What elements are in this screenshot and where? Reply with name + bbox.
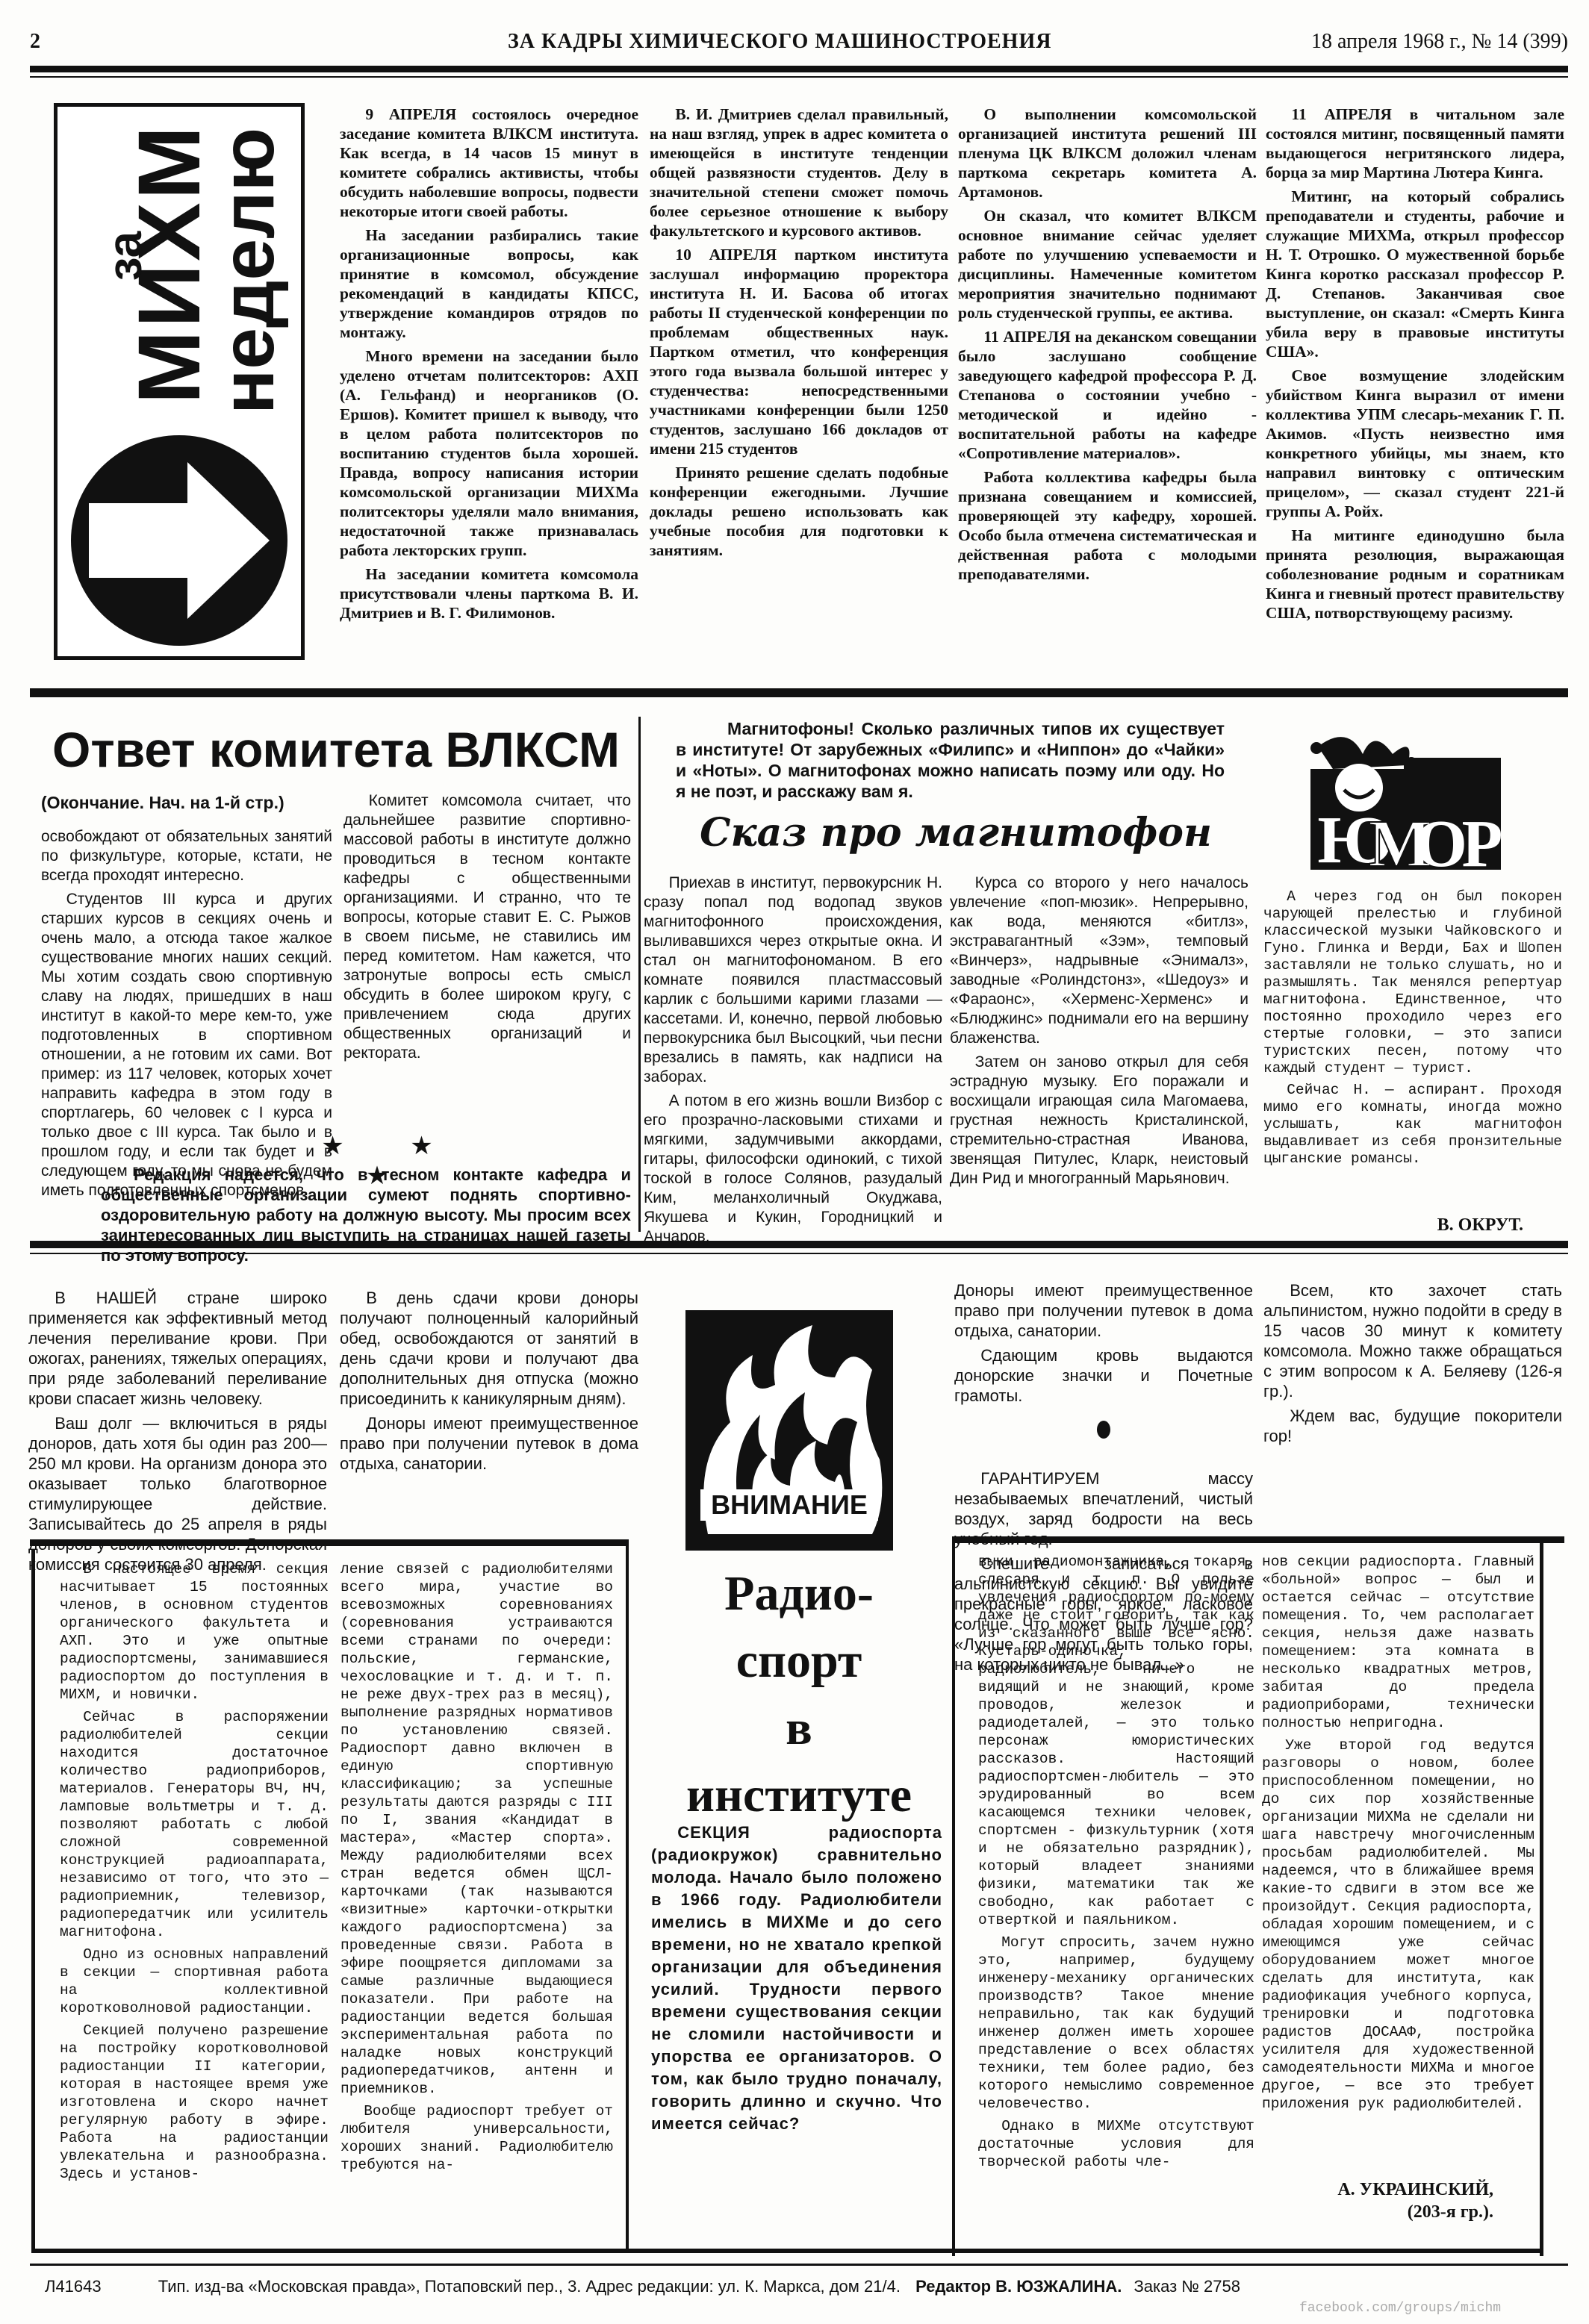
paragraph: Уже второй год ведутся разговоры о новом… xyxy=(1262,1736,1534,2113)
radio-column-3: выки радиомонтажника, токаря, слесаря и … xyxy=(978,1553,1254,2175)
section-rule xyxy=(30,1539,627,1546)
headline-line: Радио- xyxy=(657,1560,941,1627)
paragraph: Ждем вас, будущие покорители гор! xyxy=(1263,1406,1562,1446)
section-rule xyxy=(31,2249,1543,2253)
bullet-dot xyxy=(1097,1421,1110,1439)
newspaper-title: ЗА КАДРЫ ХИМИЧЕСКОГО МАШИНОСТРОЕНИЯ xyxy=(508,30,1051,54)
paragraph: Всем, кто захочет стать альпинистом, нуж… xyxy=(1263,1280,1562,1401)
paragraph: нов секции радиоспорта. Главный «больной… xyxy=(1262,1553,1534,1732)
paragraph: В. И. Дмитриев сделал правильный, на наш… xyxy=(650,105,948,240)
arrow-right-in-oval-icon xyxy=(71,435,287,646)
footer: Л41643 Тип. изд-ва «Московская правда», … xyxy=(45,2277,1568,2296)
paragraph: О выполнении комсомольской организацией … xyxy=(958,105,1257,202)
paragraph: Сейчас Н. — аспирант. Проходя мимо его к… xyxy=(1263,1082,1562,1168)
answer-column-2: Комитет комсомола считает, что дальнейше… xyxy=(343,791,631,1068)
tape-recorder-lead: Магнитофоны! Сколько различных типов их … xyxy=(676,718,1225,802)
signature: В. ОКРУТ. xyxy=(1269,1215,1523,1236)
paragraph: Курса со второго у него началось увлечен… xyxy=(950,873,1248,1048)
week-column-2: В. И. Дмитриев сделал правильный, на наш… xyxy=(650,105,948,672)
attention-logo: ВНИМАНИЕ xyxy=(685,1310,893,1551)
radio-column-1: В настоящее время секция насчитывает 15 … xyxy=(60,1560,329,2187)
paragraph: Приехав в институт, первокурсник Н. сраз… xyxy=(644,873,942,1087)
attention-column-2: Всем, кто захочет стать альпинистом, нуж… xyxy=(1263,1280,1562,1451)
paragraph: В настоящее время секция насчитывает 15 … xyxy=(60,1560,329,1704)
frame-mid xyxy=(952,1539,955,2256)
signature-group: (203-я гр.). xyxy=(1269,2202,1493,2222)
paragraph: Могут спросить, зачем нужно это, наприме… xyxy=(978,1934,1254,2113)
paragraph: Однако в МИХМе отсутствуют достаточные у… xyxy=(978,2117,1254,2171)
paragraph: 9 АПРЕЛЯ состоялось очередное заседание … xyxy=(340,105,638,221)
page-number: 2 xyxy=(30,30,40,54)
section-rule xyxy=(30,1241,1568,1248)
frame-left xyxy=(31,1550,35,2252)
radiosport-intro: СЕКЦИЯ радиоспорта (радиокружок) сравнит… xyxy=(651,1822,942,2140)
frame-right xyxy=(1540,1539,1543,2256)
headline-line: институте xyxy=(657,1762,941,1829)
paragraph: На заседании комитета комсомола присутст… xyxy=(340,564,638,623)
column-divider xyxy=(638,717,641,1232)
paragraph: Доноры имеют преимущественное право при … xyxy=(340,1413,638,1474)
footer-code: Л41643 xyxy=(45,2277,102,2296)
tape-column-1: Приехав в институт, первокурсник Н. сраз… xyxy=(644,873,942,1251)
headline-line: в xyxy=(657,1695,941,1762)
radio-column-4: нов секции радиоспорта. Главный «больной… xyxy=(1262,1553,1534,2117)
issue-date: 18 апреля 1968 г., № 14 (399) xyxy=(1311,30,1568,54)
paragraph: Митинг, на который собрались преподавате… xyxy=(1266,187,1564,361)
section-rule xyxy=(30,688,1568,697)
footer-printer: Тип. изд-ва «Московская правда», Потапов… xyxy=(158,2277,901,2296)
tape-recorder-headline: Сказ про магнитофон xyxy=(687,810,1225,856)
paragraph: Комитет комсомола считает, что дальнейше… xyxy=(343,791,631,1063)
paragraph: Свое возмущение злодейским убийством Кин… xyxy=(1266,366,1564,521)
svg-text:О: О xyxy=(1415,807,1467,873)
column-divider xyxy=(626,1539,629,2249)
vlksm-answer-article: Ответ комитета ВЛКСМ (Окончание. Нач. на… xyxy=(41,717,631,1232)
paragraph: ление связей с радиолюбителями всего мир… xyxy=(340,1560,613,2098)
section-rule xyxy=(952,1536,1564,1543)
logo-line-nedelyu: неделю xyxy=(211,40,285,502)
humor-column: А через год он был покорен чарующей прел… xyxy=(1263,888,1562,1172)
watermark: facebook.com/groups/michm xyxy=(1299,2301,1501,2316)
radio-column-2: ление связей с радиолюбителями всего мир… xyxy=(340,1560,613,2178)
answer-column-1: освобождают от обязательных занятий по ф… xyxy=(41,827,332,1205)
donors-column-2: В день сдачи крови доноры получают полно… xyxy=(340,1288,638,1478)
paragraph: В НАШЕЙ стране широко применяется как эф… xyxy=(28,1288,327,1409)
paragraph: Вообще радиоспорт требует от любителя ун… xyxy=(340,2102,613,2174)
paragraph: Доноры имеют преимущественное право при … xyxy=(954,1280,1253,1341)
paragraph: В день сдачи крови доноры получают полно… xyxy=(340,1288,638,1409)
paragraph: На заседании разбирались такие организац… xyxy=(340,225,638,342)
humor-logo: Ю М О Р ЮМОР xyxy=(1303,724,1505,873)
paragraph: Секцией получено разрешение на постройку… xyxy=(60,2022,329,2183)
paragraph: А через год он был покорен чарующей прел… xyxy=(1263,888,1562,1077)
paragraph: СЕКЦИЯ радиоспорта (радиокружок) сравнит… xyxy=(651,1822,942,2135)
signature-name: А. УКРАИНСКИЙ, xyxy=(1269,2180,1493,2200)
donors-column-1: В НАШЕЙ стране широко применяется как эф… xyxy=(28,1288,327,1579)
week-column-3: О выполнении комсомольской организацией … xyxy=(958,105,1257,672)
footer-rule xyxy=(30,2264,1568,2266)
paragraph: выки радиомонтажника, токаря, слесаря и … xyxy=(978,1553,1254,1929)
svg-text:Р: Р xyxy=(1462,807,1503,873)
paragraph: Студентов III курса и других старших кур… xyxy=(41,890,332,1200)
jester-hat-icon: Ю М О Р xyxy=(1303,724,1505,873)
paragraph: На митинге единодушно была принята резол… xyxy=(1266,526,1564,623)
paragraph: Ваш долг — включиться в ряды доноров, да… xyxy=(28,1413,327,1574)
paragraph: Работа коллектива кафедры была признана … xyxy=(958,467,1257,584)
radiosport-headline: Радио- спорт в институте xyxy=(657,1560,941,1829)
paragraph: Затем он заново открыл для себя эстрадну… xyxy=(950,1053,1248,1189)
paragraph: Сейчас в распоряжении радиолюбителей сек… xyxy=(60,1708,329,1941)
paragraph: Много времени на заседании было уделено … xyxy=(340,346,638,560)
paragraph: 10 АПРЕЛЯ партком института заслушал инф… xyxy=(650,245,948,458)
paragraph: Принято решение сделать подобные конфере… xyxy=(650,463,948,560)
continuation-note: (Окончание. Нач. на 1-й стр.) xyxy=(41,793,332,813)
paragraph: А потом в его жизнь вошли Визбор с его п… xyxy=(644,1091,942,1247)
footer-editor: Редактор В. ЮЗЖАЛИНА. xyxy=(915,2277,1122,2296)
attention-label: ВНИМАНИЕ xyxy=(700,1489,878,1521)
article-headline: Ответ комитета ВЛКСМ xyxy=(41,720,631,779)
paragraph: Сдающим кровь выдаются донорские значки … xyxy=(954,1345,1253,1406)
paragraph: 11 АПРЕЛЯ на деканском совещании было за… xyxy=(958,327,1257,463)
paragraph: 11 АПРЕЛЯ в читальном зале состоялся мит… xyxy=(1266,105,1564,182)
week-column-4: 11 АПРЕЛЯ в читальном зале состоялся мит… xyxy=(1266,105,1564,672)
tape-column-2: Курса со второго у него началось увлечен… xyxy=(950,873,1248,1193)
logo-line-za: за xyxy=(95,181,155,331)
section-rule-thin xyxy=(30,1253,1568,1254)
michm-week-logo: МИХМ за неделю xyxy=(54,103,305,660)
footer-order: Заказ № 2758 xyxy=(1134,2277,1240,2296)
paragraph: Одно из основных направлений в секции — … xyxy=(60,1946,329,2017)
headline-line: спорт xyxy=(657,1627,941,1695)
paragraph: Он сказал, что комитет ВЛКСМ основное вн… xyxy=(958,206,1257,323)
paragraph: освобождают от обязательных занятий по ф… xyxy=(41,827,332,885)
week-column-1: 9 АПРЕЛЯ состоялось очередное заседание … xyxy=(340,105,638,672)
editorial-note: Редакция надеется, что в тесном контакте… xyxy=(101,1165,631,1265)
